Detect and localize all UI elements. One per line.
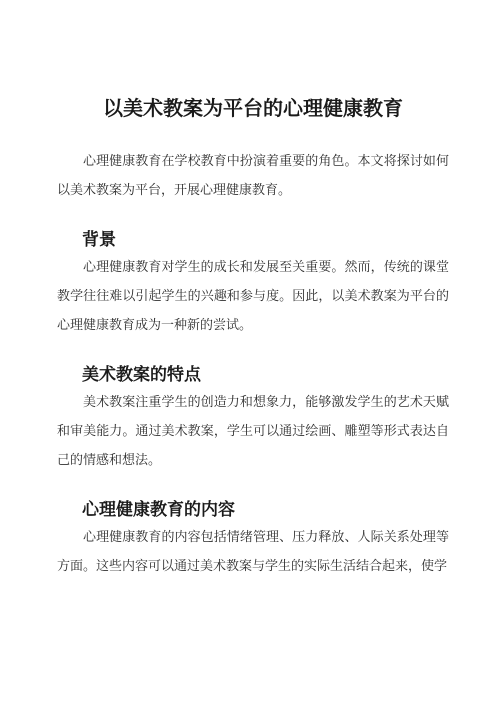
section-heading-background: 背景	[82, 228, 449, 252]
section-paragraph-background: 心理健康教育对学生的成长和发展至关重要。然而，传统的课堂教学往往难以引起学生的兴…	[57, 252, 449, 339]
document-content: 以美术教案为平台的心理健康教育 心理健康教育在学校教育中扮演着重要的角色。本文将…	[0, 0, 500, 580]
document-page: 以美术教案为平台的心理健康教育 心理健康教育在学校教育中扮演着重要的角色。本文将…	[0, 0, 500, 707]
section-paragraph-art-lesson-features: 美术教案注重学生的创造力和想象力，能够激发学生的艺术天赋和审美能力。通过美术教案…	[57, 387, 449, 474]
page-title: 以美术教案为平台的心理健康教育	[57, 95, 449, 123]
section-heading-art-lesson-features: 美术教案的特点	[82, 363, 449, 387]
intro-paragraph: 心理健康教育在学校教育中扮演着重要的角色。本文将探讨如何以美术教案为平台，开展心…	[57, 146, 449, 204]
section-heading-mental-health-content: 心理健康教育的内容	[82, 498, 449, 522]
section-paragraph-mental-health-content: 心理健康教育的内容包括情绪管理、压力释放、人际关系处理等方面。这些内容可以通过美…	[57, 522, 449, 580]
